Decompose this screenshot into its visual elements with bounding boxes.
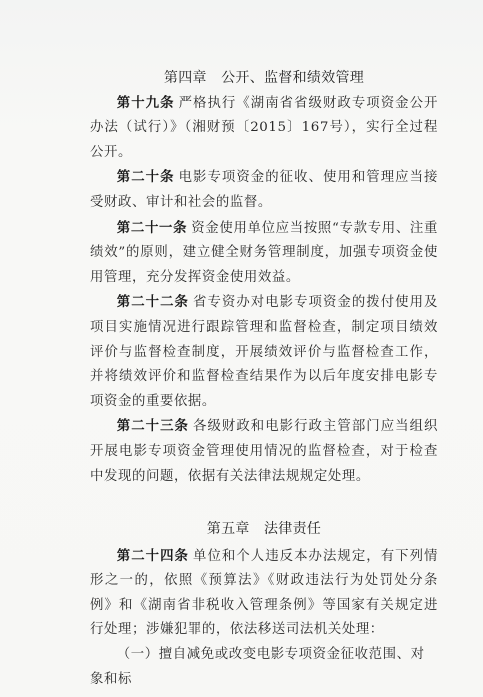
scanned-page: 第四章 公开、监督和绩效管理 第十九条严格执行《湖南省省级财政专项资金公开办法（… <box>0 0 483 697</box>
chapter-5-title: 第五章 法律责任 <box>90 517 438 542</box>
article-21: 第二十一条资金使用单位应当按照“专款专用、注重绩效”的原则，建立健全财务管理制度… <box>90 216 438 291</box>
list-item-1: （一）擅自减免或改变电影专项资金征收范围、对象和标 <box>90 643 438 692</box>
article-23: 第二十三条各级财政和电影行政主管部门应当组织开展电影专项资金管理使用情况的监督检… <box>90 414 438 489</box>
chapter-4-title: 第四章 公开、监督和绩效管理 <box>90 66 438 91</box>
article-text: 省专资办对电影专项资金的拨付使用及项目实施情况进行跟踪管理和监督检查，制定项目绩… <box>90 295 438 408</box>
article-19: 第十九条严格执行《湖南省省级财政专项资金公开办法（试行）》（湘财预〔2015〕1… <box>90 91 438 166</box>
article-number: 第二十一条 <box>117 220 187 236</box>
article-number: 第十九条 <box>117 95 175 111</box>
article-number: 第二十四条 <box>117 548 189 564</box>
document-body: 第四章 公开、监督和绩效管理 第十九条严格执行《湖南省省级财政专项资金公开办法（… <box>90 66 438 692</box>
article-number: 第二十二条 <box>117 294 189 310</box>
article-22: 第二十二条省专资办对电影专项资金的拨付使用及项目实施情况进行跟踪管理和监督检查，… <box>90 290 438 414</box>
article-24: 第二十四条单位和个人违反本办法规定，有下列情形之一的，依照《预算法》《财政违法行… <box>90 544 438 643</box>
article-number: 第二十三条 <box>117 418 189 434</box>
article-20: 第二十条电影专项资金的征收、使用和管理应当接受财政、审计和社会的监督。 <box>90 165 438 215</box>
article-number: 第二十条 <box>117 169 175 185</box>
